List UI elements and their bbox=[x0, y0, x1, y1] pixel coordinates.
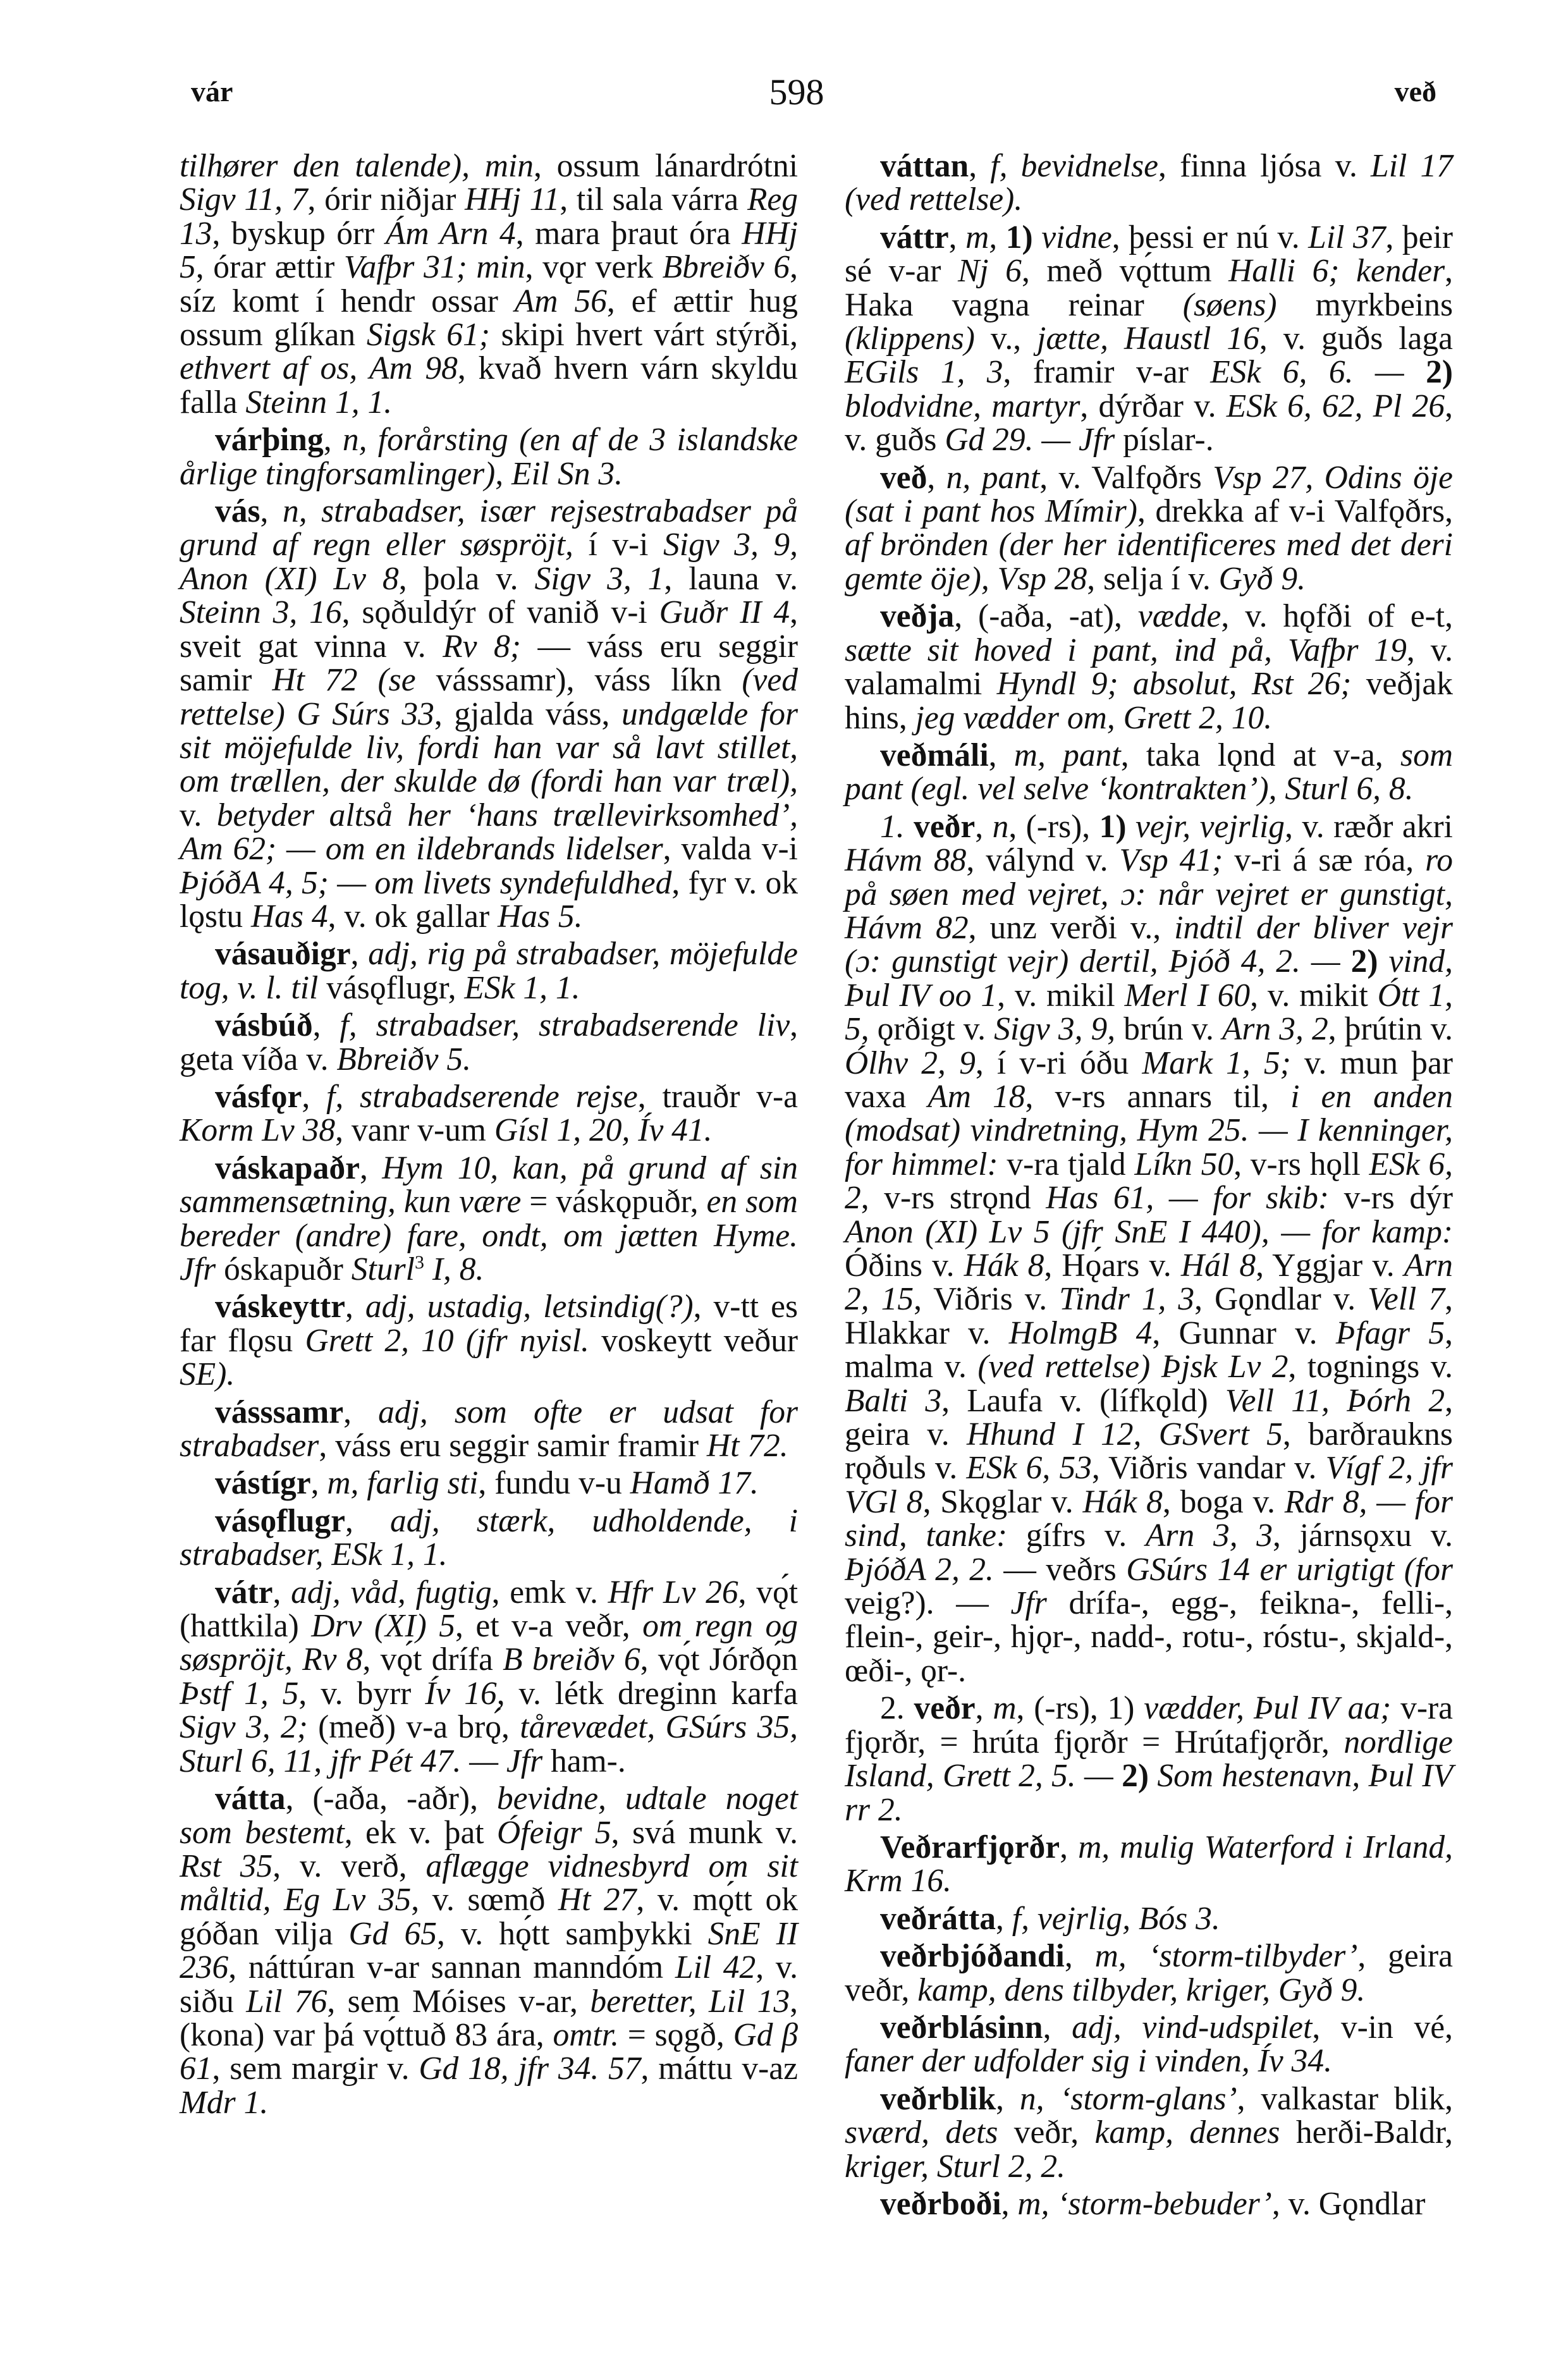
italic-text: Lil 42 bbox=[675, 1949, 756, 1985]
roman-text: píslar-. bbox=[1115, 422, 1213, 458]
headword: Veðrarfjǫrðr bbox=[880, 1829, 1060, 1865]
italic-text: Ív 16 bbox=[425, 1676, 496, 1712]
italic-text: Hamð 17. bbox=[630, 1465, 759, 1501]
italic-text: Korm Lv 38 bbox=[180, 1112, 335, 1148]
dictionary-entry: vátr, adj, våd, fugtig, emk v. Hfr Lv 26… bbox=[180, 1576, 798, 1778]
italic-text: m, ‘storm-bebuder’ bbox=[1017, 2186, 1271, 2222]
roman-text: , bbox=[311, 1465, 328, 1501]
roman-text: v-ri á sæ róa, bbox=[1223, 842, 1425, 878]
headword: 1) bbox=[997, 219, 1041, 255]
italic-text: Drv (XI) 5 bbox=[311, 1608, 455, 1644]
superscript: 3 bbox=[415, 1252, 424, 1273]
roman-text: , bbox=[1060, 1829, 1078, 1865]
italic-text: Balti 3 bbox=[845, 1383, 941, 1419]
italic-text: omtr. bbox=[553, 2017, 618, 2053]
italic-text: m, pant bbox=[1014, 737, 1121, 773]
roman-text: , dýrðar v. bbox=[1080, 388, 1226, 424]
roman-text: , taka lǫnd at v-a, bbox=[1121, 737, 1400, 773]
italic-text: Mark 1, 5; bbox=[1142, 1045, 1290, 1081]
roman-text: , járnsǫxu v. bbox=[1273, 1518, 1453, 1554]
italic-text: m, bbox=[965, 219, 997, 255]
roman-text: brún v. bbox=[1115, 1011, 1222, 1047]
italic-text: m, ‘storm-tilbyder’ bbox=[1095, 1938, 1358, 1974]
dictionary-entry: vásssamr, adj, som ofte er udsat for str… bbox=[180, 1395, 798, 1463]
dictionary-entry: 2. veðr, m, (-rs), 1) vædder, Þul IV aa;… bbox=[845, 1691, 1453, 1827]
italic-text: ESk 6, 6. — bbox=[1210, 354, 1404, 390]
italic-text: Vell 7 bbox=[1368, 1281, 1445, 1317]
headword: vásssamr bbox=[215, 1394, 343, 1430]
roman-text: , unz verði v., bbox=[969, 910, 1175, 946]
roman-text: óskapuðr bbox=[216, 1251, 352, 1287]
roman-text: (með) v-a brǫ́, bbox=[308, 1709, 520, 1745]
italic-text: Sigv 3, 2; bbox=[180, 1709, 308, 1745]
roman-text: , bbox=[302, 1079, 326, 1115]
roman-text: vásǫflugr, bbox=[318, 970, 464, 1006]
dictionary-entry: váskeyttr, adj, ustadig, letsindig(?), v… bbox=[180, 1290, 798, 1391]
roman-text: herði-Baldr, bbox=[1280, 2114, 1453, 2150]
italic-text: m bbox=[993, 1690, 1016, 1726]
roman-text: , v. mikit bbox=[1250, 978, 1378, 1014]
roman-text: myrkbeins bbox=[1277, 287, 1453, 323]
roman-text: , með vǫ́ttum bbox=[1022, 253, 1228, 289]
roman-text: , boga v. bbox=[1163, 1484, 1285, 1520]
roman-text: , þrútin v. bbox=[1328, 1011, 1453, 1047]
dictionary-entry: veð, n, pant, v. Valfǫðrs Vsp 27, Odins … bbox=[845, 461, 1453, 596]
roman-text: , bbox=[313, 1007, 340, 1043]
italic-text: faner der udfolder sig i vinden, Ív 34. bbox=[845, 2043, 1332, 2079]
roman-text: , bbox=[324, 422, 343, 458]
italic-text: Ht 72. bbox=[707, 1428, 788, 1464]
italic-text: vejr, vejrlig bbox=[1136, 809, 1285, 845]
roman-text: , mara þraut óra bbox=[516, 216, 742, 252]
italic-text: B breiðv 6 bbox=[503, 1641, 640, 1678]
roman-text: voskeytt veður bbox=[589, 1323, 798, 1359]
roman-text: , sǫðuldýr of vanið v-i bbox=[342, 594, 659, 630]
italic-text: Nj 6 bbox=[958, 253, 1022, 289]
roman-text: , bbox=[273, 1574, 291, 1610]
roman-text: , Laufa v. (lífkǫld) bbox=[941, 1383, 1225, 1419]
dictionary-entry: vásauðigr, adj, rig på strabadser, möjef… bbox=[180, 937, 798, 1005]
italic-text: GSúrs 14 er urigtigt (for bbox=[1126, 1552, 1453, 1588]
italic-text: vædde bbox=[1138, 598, 1221, 634]
dictionary-entry: vásfǫr, f, strabadserende rejse, trauðr … bbox=[180, 1080, 798, 1148]
italic-text: Mdr 1. bbox=[180, 2085, 268, 2121]
italic-text: Vsp 41; bbox=[1119, 842, 1223, 878]
italic-text: f, strabadser, strabadserende liv bbox=[340, 1007, 790, 1043]
roman-text: , bbox=[343, 1394, 378, 1430]
italic-text: Ólhv 2, 9 bbox=[845, 1045, 976, 1081]
dictionary-entry: vás, n, strabadser, især rejsestrabadser… bbox=[180, 494, 798, 933]
roman-text: — veðrs bbox=[994, 1552, 1126, 1588]
italic-text: sværd, dets bbox=[845, 2114, 998, 2150]
italic-text: ESk 1, 1. bbox=[464, 970, 580, 1006]
headword: veðrboði bbox=[880, 2186, 1001, 2222]
page-header: vár 598 veð bbox=[0, 75, 1561, 125]
dictionary-entry: Veðrarfjǫrðr, m, mulig Waterford i Irlan… bbox=[845, 1831, 1453, 1898]
italic-text: Lil 37 bbox=[1308, 219, 1385, 255]
roman-text: , bbox=[976, 1690, 993, 1726]
roman-text: , v. mikil bbox=[997, 978, 1125, 1014]
roman-text: , þessi er nú v. bbox=[1112, 219, 1308, 255]
roman-text: , Skǫglar v. bbox=[923, 1484, 1083, 1520]
italic-text: jeg vædder om, Grett 2, 10. bbox=[915, 700, 1273, 736]
italic-text: Sigv 3, 9, bbox=[994, 1011, 1115, 1047]
roman-text: , trauðr v-a bbox=[638, 1079, 798, 1115]
italic-text: adj, vind-udspilet bbox=[1072, 2009, 1312, 2046]
headword: veðrblásinn bbox=[880, 2009, 1043, 2046]
dictionary-entry: veðrbjóðandi, m, ‘storm-tilbyder’, geira… bbox=[845, 1939, 1453, 2007]
roman-text: , váss eru seggir samir framir bbox=[319, 1428, 707, 1464]
italic-text: I, 8. bbox=[424, 1251, 484, 1287]
italic-text: Jfr bbox=[1011, 1585, 1047, 1621]
italic-text: (ved rettelse) Þjsk Lv 2 bbox=[977, 1349, 1288, 1385]
headword: veð bbox=[880, 460, 927, 496]
headword: veðr bbox=[914, 1690, 975, 1726]
roman-text: gífrs v. bbox=[1007, 1518, 1146, 1554]
italic-text: Has 61, — for skib: bbox=[1046, 1180, 1329, 1216]
roman-text: , vǫ́t Jórðǫ́n bbox=[640, 1641, 798, 1678]
roman-text: , v-rs strǫnd bbox=[861, 1180, 1046, 1216]
headword: váttan bbox=[880, 148, 969, 184]
headword: vástígr bbox=[215, 1465, 311, 1501]
italic-text: Gd 65 bbox=[348, 1916, 436, 1952]
dictionary-entry: vásǫflugr, adj, stærk, udholdende, i str… bbox=[180, 1504, 798, 1572]
italic-text: f, strabadserende rejse bbox=[326, 1079, 638, 1115]
roman-text: , vǫ́t drífa bbox=[362, 1641, 503, 1678]
italic-text: vædder, Þul IV aa; bbox=[1144, 1690, 1391, 1726]
dictionary-entry: veðja, (-aða, -at), vædde, v. hǫfði of e… bbox=[845, 599, 1453, 735]
roman-text: , bbox=[345, 1289, 365, 1325]
roman-text: , bbox=[1043, 2009, 1072, 2046]
italic-text: Bbreiðv 6 bbox=[663, 249, 790, 285]
headword: váttr bbox=[880, 219, 949, 255]
italic-text: n, pant bbox=[946, 460, 1040, 496]
roman-text: , bbox=[975, 809, 992, 845]
roman-text: , náttúran v-ar sannan manndóm bbox=[228, 1949, 675, 1985]
roman-text: , (-aða, -aðr), bbox=[286, 1781, 497, 1817]
roman-text: , valkastar blik, bbox=[1237, 2081, 1453, 2117]
italic-text: kamp, dens tilbyder, kriger, Gyð 9. bbox=[917, 1972, 1365, 2008]
roman-text: , bbox=[989, 737, 1014, 773]
roman-text: veðr, bbox=[998, 2114, 1094, 2150]
roman-text: , fundu v-u bbox=[478, 1465, 630, 1501]
headword: veðmáli bbox=[880, 737, 989, 773]
roman-text: = váskǫpuðr, bbox=[521, 1184, 706, 1220]
italic-text: Hávm 88 bbox=[845, 842, 966, 878]
roman-text: , Gunnar v. bbox=[1152, 1315, 1335, 1351]
roman-text: , v. létk dreginn karfa bbox=[497, 1676, 798, 1712]
italic-text: (søens) bbox=[1183, 287, 1277, 323]
headword: vátr bbox=[215, 1574, 273, 1610]
headword: veðrblik bbox=[880, 2081, 996, 2117]
italic-text: f, vejrlig, Bós 3. bbox=[1012, 1901, 1220, 1937]
italic-text: Þfagr 5 bbox=[1336, 1315, 1445, 1351]
roman-text: , þola v. bbox=[399, 561, 535, 597]
roman-text: , sem Móises v-ar, bbox=[327, 1984, 590, 2020]
roman-text: , bbox=[969, 148, 990, 184]
headword: vás bbox=[215, 493, 260, 529]
headword: veðrátta bbox=[880, 1901, 996, 1937]
roman-text: , Viðris v. bbox=[914, 1281, 1059, 1317]
roman-text: skipi hvert várt stýrði, bbox=[490, 317, 798, 353]
italic-text: EGils 1, 3 bbox=[845, 354, 1003, 390]
italic-text: Ht 27 bbox=[558, 1882, 637, 1918]
italic-text: kriger, Sturl 2, 2. bbox=[845, 2149, 1065, 2185]
roman-text: , byskup órr bbox=[212, 216, 386, 252]
roman-text: , bbox=[345, 1503, 390, 1539]
italic-text: m, farlig sti bbox=[327, 1465, 478, 1501]
italic-text: Anon (XI) Lv 5 (jfr SnE I 440), — for ka… bbox=[845, 1214, 1453, 1250]
italic-text: HHj 11 bbox=[465, 181, 560, 218]
dictionary-entry: várþing, n, forårsting (en af de 3 islan… bbox=[180, 423, 798, 491]
roman-text: , selja í v. bbox=[1087, 561, 1218, 597]
roman-text: , Gǫndlar v. bbox=[1194, 1281, 1368, 1317]
italic-text: Ht 72 (se bbox=[272, 662, 415, 698]
left-guide-word: vár bbox=[191, 75, 233, 108]
italic-text: Tindr 1, 3 bbox=[1059, 1281, 1194, 1317]
headword: 2) bbox=[1404, 354, 1453, 390]
dictionary-entry: veðrblik, n, ‘storm-glans’, valkastar bl… bbox=[845, 2082, 1453, 2183]
dictionary-entry: váskapaðr, Hym 10, kan, på grund af sin … bbox=[180, 1151, 798, 1287]
italic-text: Guðr II 4 bbox=[659, 594, 790, 630]
italic-text: Ófeigr 5 bbox=[497, 1815, 611, 1851]
roman-text: , v. verð, bbox=[272, 1848, 425, 1884]
italic-text: ESk 6, 53 bbox=[966, 1450, 1092, 1486]
roman-text: , bbox=[996, 1901, 1012, 1937]
roman-text: vásssamr), váss líkn bbox=[416, 662, 742, 698]
italic-text: n, ‘storm-glans’ bbox=[1020, 2081, 1237, 2117]
roman-text: , v-rs hǫll bbox=[1233, 1146, 1369, 1182]
italic-text: (klippens) bbox=[845, 321, 975, 357]
italic-text: ESk 6, 62, Pl 26 bbox=[1227, 388, 1445, 424]
italic-text: Grett 2, 10 (jfr nyisl. bbox=[305, 1323, 589, 1359]
roman-text: v-rs dýr bbox=[1329, 1180, 1453, 1216]
roman-text: , ǫrðigt v. bbox=[861, 1011, 994, 1047]
roman-text: = sǫgð, bbox=[619, 2017, 733, 2053]
italic-text: Merl I 60 bbox=[1125, 978, 1251, 1014]
italic-text: Lil 76 bbox=[246, 1984, 327, 2020]
italic-text: ÞjóðA 2, 2. bbox=[845, 1552, 994, 1588]
italic-text: ÞjóðA 4, 5; — om livets syndefuldhed bbox=[180, 865, 671, 901]
italic-text: beretter, Lil 13 bbox=[590, 1984, 790, 2020]
roman-text: í v-i bbox=[573, 527, 663, 563]
dictionary-entry: váttan, f, bevidnelse, finna ljósa v. Li… bbox=[845, 149, 1453, 217]
roman-text: , v. Valfǫðrs bbox=[1039, 460, 1213, 496]
italic-text: Gd 29. — Jfr bbox=[945, 422, 1115, 458]
italic-text: Hyndl 9; absolut, Rst 26; bbox=[997, 666, 1352, 702]
roman-text: , ek v. þat bbox=[345, 1815, 497, 1851]
roman-text: , launa v. bbox=[664, 561, 798, 597]
roman-text: , bbox=[927, 460, 946, 496]
roman-text: , v. ok gallar bbox=[328, 899, 498, 935]
italic-text: Rv 8; bbox=[443, 629, 521, 665]
roman-text: veig?). — bbox=[845, 1585, 1011, 1621]
italic-text: Bbreiðv 5. bbox=[336, 1041, 471, 1077]
right-column: váttan, f, bevidnelse, finna ljósa v. Li… bbox=[845, 149, 1453, 2224]
italic-text: adj, ustadig, letsindig(?) bbox=[365, 1289, 694, 1325]
left-column: tilhører den talende), min, ossum lánard… bbox=[180, 149, 798, 2123]
roman-text: , bbox=[360, 1150, 382, 1186]
roman-text: , órar ættir bbox=[196, 249, 344, 285]
roman-text: , valda v-i bbox=[663, 831, 798, 867]
dictionary-entry: váttr, m, 1) vidne, þessi er nú v. Lil 3… bbox=[845, 221, 1453, 457]
italic-text: tilhører den talende), min bbox=[180, 148, 534, 184]
headword: vásauðigr bbox=[215, 936, 351, 972]
italic-text: Halli 6; kender bbox=[1228, 253, 1445, 289]
roman-text: , (-aða, -at), bbox=[954, 598, 1138, 634]
italic-text: adj, våd, fugtig bbox=[291, 1574, 492, 1610]
headword: 2) bbox=[1340, 943, 1389, 979]
roman-text: , v. guðs laga bbox=[1259, 321, 1453, 357]
roman-text: , finna ljósa v. bbox=[1158, 148, 1371, 184]
roman-text: 2. bbox=[880, 1690, 914, 1726]
roman-text: , emk v. bbox=[492, 1574, 608, 1610]
italic-text: Sigsk 61; bbox=[367, 317, 490, 353]
italic-text: Líkn 50 bbox=[1134, 1146, 1233, 1182]
roman-text: Óðins v. bbox=[845, 1248, 964, 1284]
headword: váskapaðr bbox=[215, 1150, 360, 1186]
italic-text: f, bevidnelse bbox=[990, 148, 1158, 184]
headword: váskeyttr bbox=[215, 1289, 345, 1325]
dictionary-entry: vástígr, m, farlig sti, fundu v-u Hamð 1… bbox=[180, 1466, 798, 1500]
roman-text: , v-rs annars til, bbox=[1025, 1079, 1291, 1115]
italic-text: Hál 8 bbox=[1181, 1248, 1256, 1284]
roman-text: , órir niðjar bbox=[307, 181, 465, 218]
roman-text: v., bbox=[975, 321, 1037, 357]
italic-text: Ám Arn 4 bbox=[386, 216, 516, 252]
roman-text: , ossum lánardrótni bbox=[534, 148, 798, 184]
italic-text: Sturl bbox=[352, 1251, 415, 1287]
dictionary-entry: veðrboði, m, ‘storm-bebuder’, v. Gǫndlar bbox=[845, 2187, 1453, 2221]
italic-text: Hfr Lv 26 bbox=[608, 1574, 738, 1610]
roman-text: , (-rs), bbox=[1008, 809, 1099, 845]
italic-text: Vafþr 31; min bbox=[344, 249, 525, 285]
headword: veðrbjóðandi bbox=[880, 1938, 1065, 1974]
italic-text: kamp, dennes bbox=[1095, 2114, 1280, 2150]
dictionary-entry: vásbúð, f, strabadser, strabadserende li… bbox=[180, 1009, 798, 1076]
roman-text: , tognings v. bbox=[1289, 1349, 1453, 1385]
roman-text: , v. hǫfði of e-t, bbox=[1221, 598, 1453, 634]
page-number: 598 bbox=[746, 71, 847, 113]
roman-text: , v. sœmð bbox=[411, 1882, 558, 1918]
italic-text: Vell 11, Þórh 2 bbox=[1225, 1383, 1445, 1419]
roman-text: , bbox=[1001, 2186, 1018, 2222]
headword: veðja bbox=[880, 598, 954, 634]
italic-text: Steinn 3, 16 bbox=[180, 594, 342, 630]
italic-text: Has 5. bbox=[498, 899, 582, 935]
italic-text: Hhund I 12, GSvert 5 bbox=[967, 1416, 1283, 1452]
roman-text: , bbox=[260, 493, 283, 529]
italic-text: jætte, Haustl 16 bbox=[1037, 321, 1259, 357]
dictionary-entry: vátta, (-aða, -aðr), bevidne, udtale nog… bbox=[180, 1782, 798, 2119]
dictionary-entry: veðrátta, f, vejrlig, Bós 3. bbox=[845, 1902, 1453, 1935]
roman-text: , vanr v-um bbox=[335, 1112, 494, 1148]
roman-text: v-ra tjald bbox=[998, 1146, 1135, 1182]
italic-text: Gísl 1, 20, Ív 41. bbox=[494, 1112, 713, 1148]
headword: vásfǫr bbox=[215, 1079, 302, 1115]
headword: 1) bbox=[1099, 809, 1136, 845]
roman-text: , máttu v-az bbox=[641, 2051, 798, 2087]
roman-text: ham-. bbox=[542, 1743, 626, 1779]
right-guide-word: veð bbox=[1359, 75, 1436, 108]
headword: veðr bbox=[914, 809, 975, 845]
roman-text: , til sala várra bbox=[560, 181, 747, 218]
dictionary-entry: veðmáli, m, pant, taka lǫnd at v-a, som … bbox=[845, 739, 1453, 806]
italic-text: Arn 3, 2 bbox=[1222, 1011, 1328, 1047]
italic-text: n bbox=[993, 809, 1009, 845]
italic-text: Sigv 11, 7 bbox=[180, 181, 307, 218]
roman-text: , bbox=[949, 219, 965, 255]
roman-text: , framir v-ar bbox=[1003, 354, 1211, 390]
dictionary-entry: 1. veðr, n, (-rs), 1) vejr, vejrlig, v. … bbox=[845, 810, 1453, 1688]
roman-text: , Viðris vandar v. bbox=[1092, 1450, 1326, 1486]
headword: vásǫflugr bbox=[215, 1503, 345, 1539]
roman-text: v. bbox=[180, 797, 217, 833]
roman-text bbox=[905, 809, 914, 845]
italic-text: Rst 35 bbox=[180, 1848, 272, 1884]
italic-text: blodvidne, martyr bbox=[845, 388, 1080, 424]
italic-text: Am 18 bbox=[927, 1079, 1025, 1115]
headword: 2) bbox=[1113, 1758, 1158, 1794]
roman-text: , í v-ri óðu bbox=[976, 1045, 1142, 1081]
roman-text: , v-in vé, bbox=[1312, 2009, 1453, 2046]
roman-text: , (-rs), 1) bbox=[1017, 1690, 1144, 1726]
roman-text: , válynd v. bbox=[966, 842, 1119, 878]
headword: várþing bbox=[215, 422, 324, 458]
italic-text: ethvert af os, Am 98 bbox=[180, 350, 458, 386]
dictionary-entry: veðrblásinn, adj, vind-udspilet, v-in vé… bbox=[845, 2011, 1453, 2078]
roman-text: , v. Gǫndlar bbox=[1272, 2186, 1426, 2222]
italic-text: sætte sit hoved i pant, ind på, Vafþr 19 bbox=[845, 632, 1407, 668]
italic-text: Gd 18, jfr 34. 57 bbox=[419, 2051, 640, 2087]
roman-text: , v. ræðr akri bbox=[1285, 809, 1453, 845]
italic-text: Am 56 bbox=[515, 283, 607, 319]
italic-text: HolmgB 4 bbox=[1009, 1315, 1153, 1351]
italic-text: Gyð 9. bbox=[1219, 561, 1306, 597]
roman-text: , bbox=[351, 936, 369, 972]
roman-text: , svá munk v. bbox=[611, 1815, 798, 1851]
italic-text: SE). bbox=[180, 1356, 235, 1392]
roman-text: , bbox=[996, 2081, 1020, 2117]
roman-text: , gjalda váss, bbox=[434, 696, 621, 732]
roman-text: , et v-a veðr, bbox=[455, 1608, 642, 1644]
roman-text: , v. byrr bbox=[298, 1676, 425, 1712]
roman-text: , v. hǫ́tt samþykki bbox=[437, 1916, 708, 1952]
roman-text: , vǫr verk bbox=[525, 249, 663, 285]
italic-text: Þstf 1, 5 bbox=[180, 1676, 298, 1712]
italic-text: Hák 8 bbox=[1082, 1484, 1162, 1520]
headword: vátta bbox=[215, 1781, 286, 1817]
roman-text: , Hǫ́ars v. bbox=[1044, 1248, 1181, 1284]
roman-text: , sem margir v. bbox=[212, 2051, 419, 2087]
roman-text: , bbox=[1065, 1938, 1095, 1974]
italic-text: Steinn 1, 1. bbox=[245, 384, 392, 420]
italic-text: Arn 3, 3 bbox=[1146, 1518, 1273, 1554]
roman-text: , drekka af v-i Valfǫðrs, bbox=[1137, 493, 1453, 529]
italic-text: vidne bbox=[1041, 219, 1112, 255]
headword: vásbúð bbox=[215, 1007, 313, 1043]
italic-text: 1. bbox=[880, 809, 905, 845]
italic-text: Hák 8 bbox=[964, 1248, 1044, 1284]
roman-text: , Yggjar v. bbox=[1256, 1248, 1404, 1284]
entry-continuation: tilhører den talende), min, ossum lánard… bbox=[180, 149, 798, 419]
italic-text: Has 4 bbox=[251, 899, 328, 935]
italic-text: Sigv 3, 1 bbox=[534, 561, 664, 597]
